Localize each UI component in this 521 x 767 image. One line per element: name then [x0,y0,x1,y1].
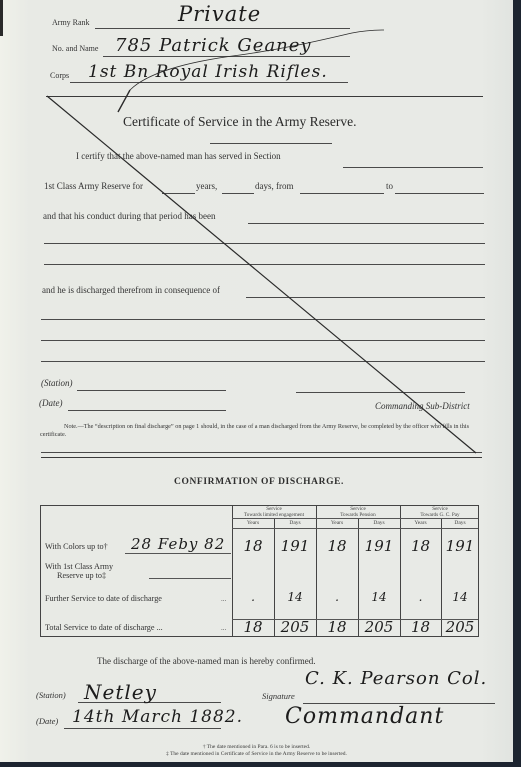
colors-date-line [125,553,231,554]
signature-value: C. K. Pearson Col. [305,668,487,689]
double-rule-top [41,452,482,453]
header-divider [232,528,478,529]
army-rank-line [95,28,350,29]
confirm-date-label: (Date) [36,716,58,726]
group-header-line: Towards limited engagement [232,512,316,518]
row-label-further: Further Service to date of discharge [45,594,162,603]
cell-value: . [232,590,274,604]
years-line [162,193,195,194]
station-label: (Station) [41,378,73,388]
header-divider [232,518,478,519]
station-line [77,390,226,391]
cell-value: 18 [232,537,274,555]
conduct-text: and that his conduct during that period … [43,211,215,221]
signature-title: Commandant [285,704,444,729]
days-from-text: days, from [255,181,294,191]
cell-value: 18 [316,537,358,555]
cell-value: 18 [316,618,358,636]
row-label-colors: With Colors up to† [45,542,108,551]
service-table: Service Towards limited engagement Servi… [40,505,479,637]
consequence-line-2 [41,319,485,320]
conduct-line [248,223,484,224]
group-header-gc-pay: Service Towards G. C. Pay [400,506,480,518]
army-rank-label: Army Rank [52,18,90,27]
consequence-line-4 [41,361,485,362]
cell-value: 18 [232,618,274,636]
section-top-rule [46,96,483,97]
title-underline [210,143,332,144]
cell-value: 14 [274,590,316,604]
cell-value: 205 [441,618,479,636]
reserve-note: Note.—The “description on final discharg… [40,423,486,438]
confirm-date-line [64,728,221,729]
no-name-line [103,56,350,57]
cell-value: . [316,590,358,604]
date-label: (Date) [39,398,63,408]
cell-value: 18 [400,537,441,555]
days-line [222,193,254,194]
cell-value: 205 [358,618,400,636]
from-line [300,193,384,194]
confirmation-title: CONFIRMATION OF DISCHARGE. [174,477,344,487]
discharged-text: and he is discharged therefrom in conseq… [42,285,220,295]
commanding-signature-line [296,392,465,393]
years-text: years, [196,181,217,191]
signature-label: Signature [262,691,295,701]
no-name-label: No. and Name [52,44,98,53]
to-line [395,193,484,194]
colors-date-value: 28 Feby 82 [131,535,225,553]
reserve-date-line [149,578,231,579]
row-dots: ... [221,624,226,632]
reserve-certificate-title: Certificate of Service in the Army Reser… [123,114,357,130]
section-line [343,167,483,168]
confirm-station-label: (Station) [36,690,66,700]
cell-value: 14 [441,590,479,604]
subheader-days: Days [274,520,316,526]
cell-value: 191 [358,537,400,555]
conduct-line-2 [44,243,485,244]
row-dots: ... [221,595,226,603]
reserve-for-text: 1st Class Army Reserve for [44,181,143,191]
consequence-line-3 [41,340,485,341]
conduct-line-3 [44,264,485,265]
row-label-reserve-2: Reserve up to‡ [57,571,106,580]
cell-value: 191 [441,537,479,555]
confirm-station-value: Netley [84,680,157,704]
consequence-line [246,297,485,298]
subheader-years: Years [316,520,358,526]
group-header-pension: Service Towards Pension [316,506,400,518]
subheader-days: Days [358,520,400,526]
double-rule-bottom [41,457,482,458]
confirmed-text: The discharge of the above-named man is … [97,656,316,666]
document-page: Army Rank Private No. and Name 785 Patri… [0,0,513,762]
no-name-value: 785 Patrick Geaney [115,35,312,56]
to-text: to [386,181,393,191]
footnote-double-dagger: ‡ The date mentioned in Certificate of S… [0,751,513,758]
group-header-line: Towards G. C. Pay [400,512,480,518]
cell-value: . [400,590,441,604]
cell-value: 14 [358,590,400,604]
subheader-days: Days [441,520,479,526]
subheader-years: Years [232,520,274,526]
corps-value: 1st Bn Royal Irish Rifles. [88,62,328,82]
corps-line [70,82,348,83]
row-label-reserve: With 1st Class Army [45,562,113,571]
row-label-total: Total Service to date of discharge ... [45,623,163,632]
cell-value: 205 [274,618,316,636]
commanding-label: Commanding Sub-District [375,401,470,411]
certify-text: I certify that the above-named man has s… [76,151,281,161]
page-edge-mark [0,0,3,36]
group-header-line: Towards Pension [316,512,400,518]
confirm-date-value: 14th March 1882. [72,707,243,727]
cell-value: 191 [274,537,316,555]
army-rank-value: Private [178,2,261,26]
cell-value: 18 [400,618,441,636]
group-header-limited: Service Towards limited engagement [232,506,316,518]
date-line [68,410,226,411]
subheader-years: Years [400,520,441,526]
footnotes: † The date mentioned in Para. 6 is to be… [0,744,513,757]
corps-label: Corps [50,71,69,80]
